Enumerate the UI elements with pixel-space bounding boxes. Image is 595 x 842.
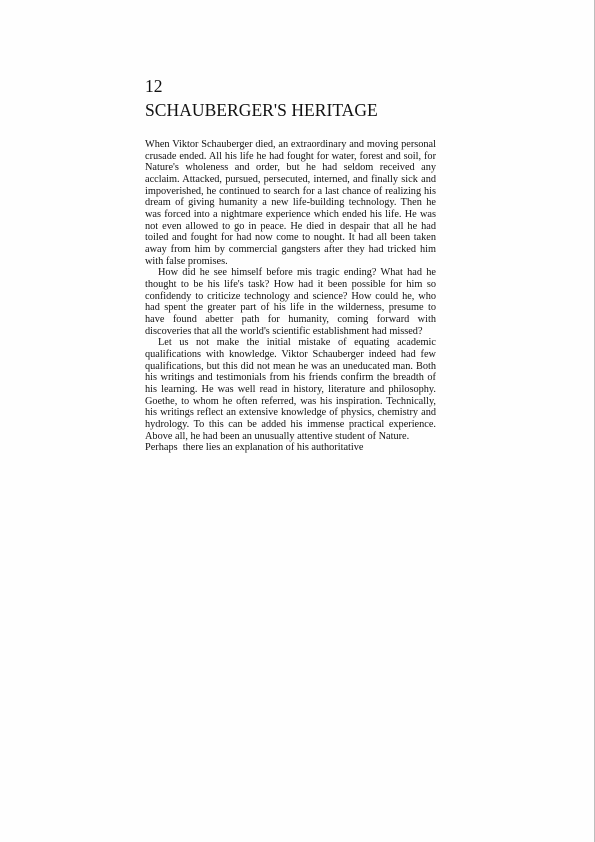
chapter-number: 12 xyxy=(145,76,163,96)
paragraph-4: Perhaps there lies an explanation of his… xyxy=(145,442,436,454)
paragraph-2: How did he see himself before mis tragic… xyxy=(145,267,436,337)
paragraph-3: Let us not make the initial mistake of e… xyxy=(145,337,436,442)
chapter-body: When Viktor Schauberger died, an extraor… xyxy=(145,139,436,454)
document-page: 12 SCHAUBERGER'S HERITAGE When Viktor Sc… xyxy=(0,0,595,842)
chapter-title: SCHAUBERGER'S HERITAGE xyxy=(145,99,378,121)
paragraph-1: When Viktor Schauberger died, an extraor… xyxy=(145,139,436,267)
